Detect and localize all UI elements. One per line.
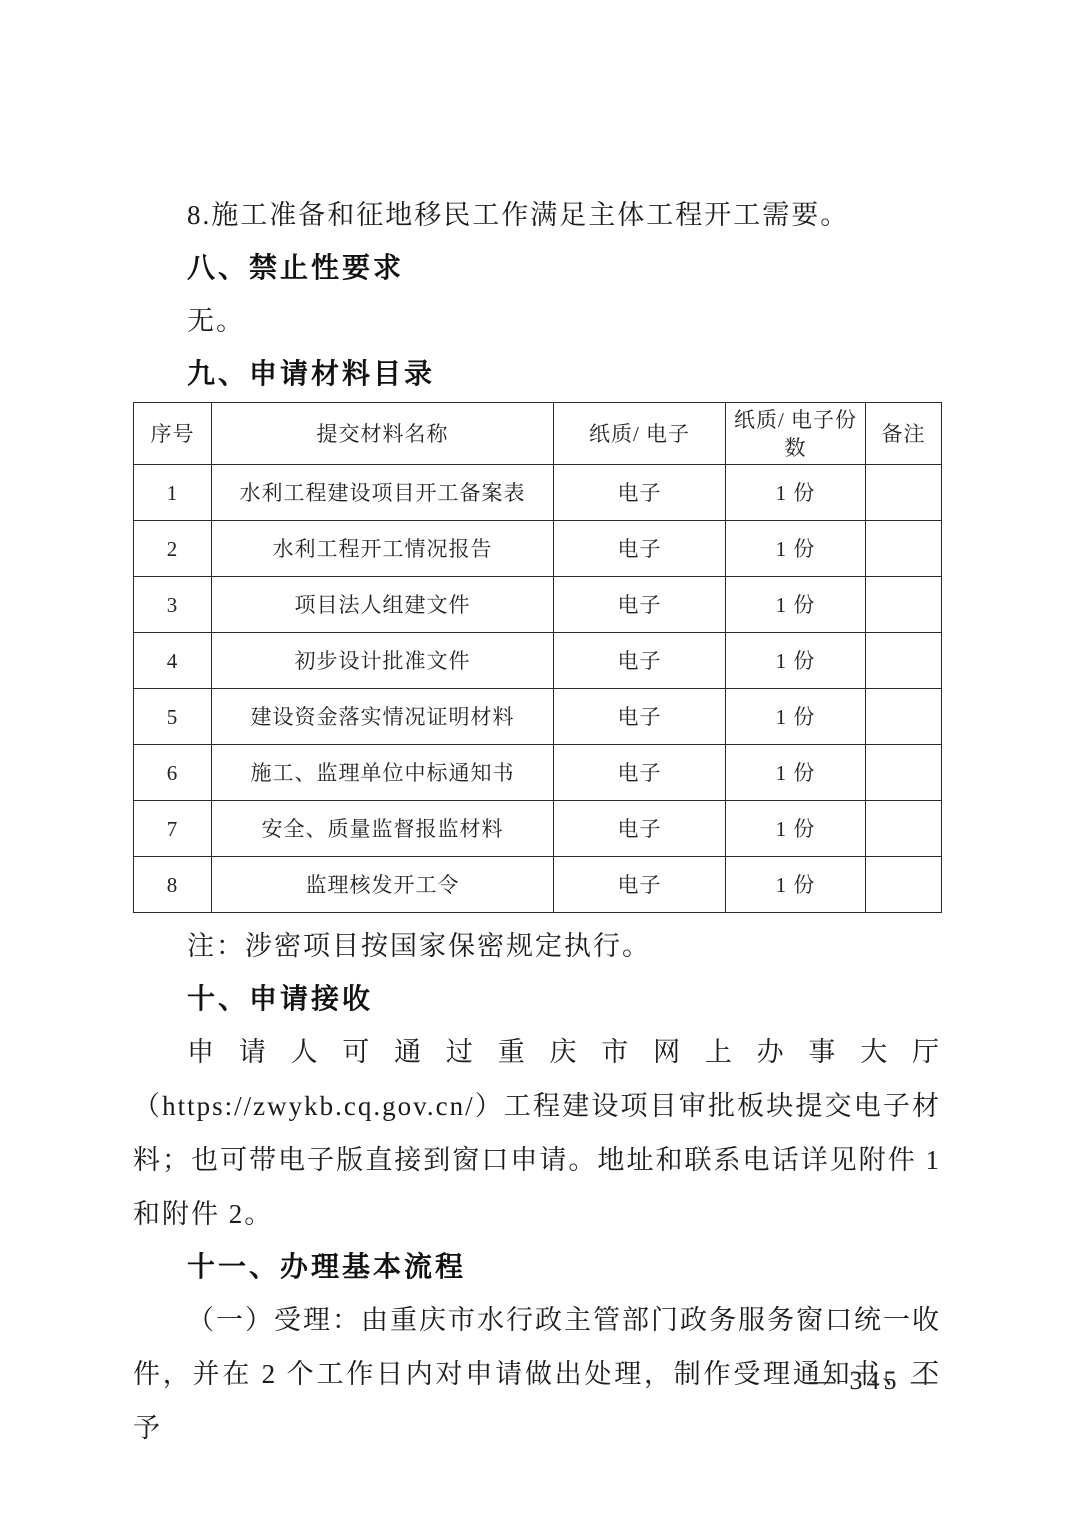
- table-cell: 1 份: [726, 745, 866, 801]
- table-cell: 1 份: [726, 857, 866, 913]
- table-cell: 1 份: [726, 689, 866, 745]
- table-cell: 3: [134, 577, 212, 633]
- table-cell: 电子: [554, 857, 726, 913]
- table-cell: 1 份: [726, 801, 866, 857]
- table-cell: 6: [134, 745, 212, 801]
- materials-table: 序号提交材料名称纸质/ 电子纸质/ 电子份数备注 1水利工程建设项目开工备案表电…: [133, 402, 942, 913]
- heading-section9-application-materials: 九、申请材料目录: [133, 348, 941, 400]
- table-header-cell: 纸质/ 电子: [554, 403, 726, 465]
- document-page: 8.施工准备和征地移民工作满足主体工程开工需要。 八、禁止性要求 无。 九、申请…: [0, 0, 1074, 1520]
- heading-section8-prohibitive-requirements: 八、禁止性要求: [133, 242, 941, 294]
- table-header-cell: 纸质/ 电子份数: [726, 403, 866, 465]
- table-row: 5建设资金落实情况证明材料电子1 份: [134, 689, 942, 745]
- paragraph-table-note: 注：涉密项目按国家保密规定执行。: [133, 919, 941, 973]
- table-cell: 电子: [554, 521, 726, 577]
- materials-table-head: 序号提交材料名称纸质/ 电子纸质/ 电子份数备注: [134, 403, 942, 465]
- table-cell: 施工、监理单位中标通知书: [212, 745, 554, 801]
- table-cell: 1 份: [726, 465, 866, 521]
- table-row: 4初步设计批准文件电子1 份: [134, 633, 942, 689]
- table-header-row: 序号提交材料名称纸质/ 电子纸质/ 电子份数备注: [134, 403, 942, 465]
- table-cell: [866, 577, 942, 633]
- table-cell: 电子: [554, 465, 726, 521]
- table-cell: 电子: [554, 577, 726, 633]
- table-cell: 电子: [554, 745, 726, 801]
- table-row: 7安全、质量监督报监材料电子1 份: [134, 801, 942, 857]
- table-cell: 7: [134, 801, 212, 857]
- table-header-cell: 备注: [866, 403, 942, 465]
- table-cell: [866, 633, 942, 689]
- table-cell: 建设资金落实情况证明材料: [212, 689, 554, 745]
- table-cell: [866, 801, 942, 857]
- table-cell: [866, 465, 942, 521]
- table-cell: 8: [134, 857, 212, 913]
- paragraph-item8: 8.施工准备和征地移民工作满足主体工程开工需要。: [133, 188, 941, 242]
- table-cell: 1 份: [726, 633, 866, 689]
- table-row: 8监理核发开工令电子1 份: [134, 857, 942, 913]
- heading-section10-application-reception: 十、申请接收: [133, 973, 941, 1025]
- table-cell: 水利工程开工情况报告: [212, 521, 554, 577]
- table-cell: 5: [134, 689, 212, 745]
- paragraph-section8-none: 无。: [133, 294, 941, 348]
- table-header-cell: 序号: [134, 403, 212, 465]
- table-cell: 初步设计批准文件: [212, 633, 554, 689]
- table-cell: [866, 857, 942, 913]
- table-cell: 1 份: [726, 521, 866, 577]
- table-cell: 2: [134, 521, 212, 577]
- table-row: 6施工、监理单位中标通知书电子1 份: [134, 745, 942, 801]
- table-cell: 水利工程建设项目开工备案表: [212, 465, 554, 521]
- page-number: — 345 —: [809, 1366, 941, 1396]
- table-cell: 监理核发开工令: [212, 857, 554, 913]
- table-cell: 1: [134, 465, 212, 521]
- paragraph-section10-body: 申请人可通过重庆市网上办事大厅（https://zwykb.cq.gov.cn/…: [133, 1025, 941, 1241]
- table-cell: 4: [134, 633, 212, 689]
- table-cell: 项目法人组建文件: [212, 577, 554, 633]
- table-cell: 电子: [554, 689, 726, 745]
- table-row: 1水利工程建设项目开工备案表电子1 份: [134, 465, 942, 521]
- table-cell: 安全、质量监督报监材料: [212, 801, 554, 857]
- table-cell: [866, 689, 942, 745]
- table-cell: 电子: [554, 801, 726, 857]
- table-cell: 电子: [554, 633, 726, 689]
- table-header-cell: 提交材料名称: [212, 403, 554, 465]
- table-row: 2水利工程开工情况报告电子1 份: [134, 521, 942, 577]
- table-cell: [866, 745, 942, 801]
- page-content: 8.施工准备和征地移民工作满足主体工程开工需要。 八、禁止性要求 无。 九、申请…: [133, 188, 941, 1455]
- materials-table-body: 1水利工程建设项目开工备案表电子1 份2水利工程开工情况报告电子1 份3项目法人…: [134, 465, 942, 913]
- table-row: 3项目法人组建文件电子1 份: [134, 577, 942, 633]
- table-cell: [866, 521, 942, 577]
- table-cell: 1 份: [726, 577, 866, 633]
- heading-section11-basic-process: 十一、办理基本流程: [133, 1241, 941, 1293]
